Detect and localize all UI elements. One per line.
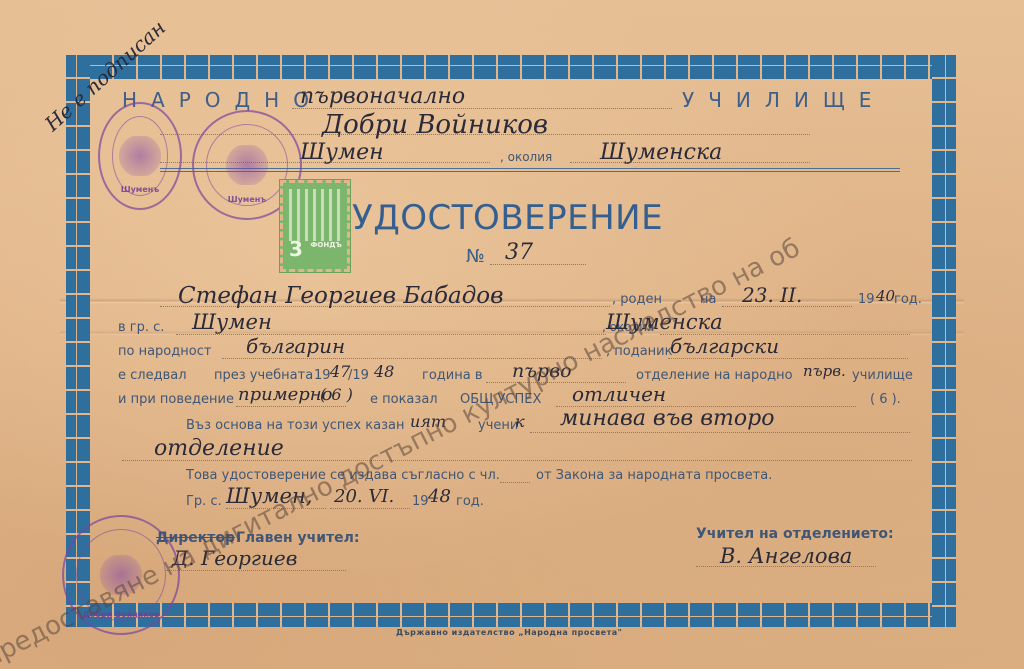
round-stamp: Шуменъ bbox=[98, 102, 182, 210]
year-in-label: година в bbox=[422, 368, 482, 383]
nationality: българин bbox=[246, 334, 345, 358]
during-label: през учебната bbox=[214, 368, 313, 383]
citizenship: български bbox=[670, 334, 779, 358]
birth-year-prefix: 19 bbox=[858, 292, 875, 307]
certificate-number: 37 bbox=[505, 240, 533, 265]
school-name-handwritten: Добри Войников bbox=[322, 110, 548, 140]
birth-city: Шумен bbox=[192, 310, 272, 334]
grade-label: отделение на народно bbox=[636, 368, 793, 383]
number-label: № bbox=[466, 246, 485, 267]
behavior-grade: ( 6 ) bbox=[320, 385, 353, 404]
place-label: Гр. с. bbox=[186, 494, 222, 509]
school-heading-word-2: УЧИЛИЩЕ bbox=[682, 88, 885, 112]
behavior: примерно bbox=[238, 384, 333, 405]
teacher-signature: В. Ангелова bbox=[720, 544, 852, 568]
ornamental-border-right bbox=[932, 55, 956, 627]
fill-line bbox=[668, 358, 908, 359]
law-text: от Закона за народната просвета. bbox=[536, 468, 772, 483]
shown-label: е показал bbox=[370, 392, 438, 407]
birth-year-suffix: 40 bbox=[876, 287, 895, 305]
school-type-abbrev: първ. bbox=[803, 362, 846, 380]
school-type-handwritten: първоначално bbox=[300, 84, 465, 109]
document-title: УДОСТОВЕРЕНИЕ bbox=[352, 198, 663, 238]
ornamental-border-top bbox=[66, 55, 956, 79]
issue-year-prefix: 19 bbox=[412, 494, 429, 509]
fill-line bbox=[530, 432, 910, 433]
fill-line bbox=[236, 406, 346, 407]
building-icon bbox=[289, 189, 341, 241]
promotion-text: минава във второ bbox=[560, 406, 774, 431]
publisher-imprint: Държавно издателство „Народна просвета" bbox=[396, 628, 622, 637]
nationality-label: по народност bbox=[118, 344, 211, 359]
city-label: в гр. с. bbox=[118, 320, 164, 335]
student-name: Стефан Георгиев Бабадов bbox=[178, 283, 504, 309]
revenue-stamp: 3 ФОНДЪ bbox=[280, 180, 350, 272]
school-year-end-suffix: 48 bbox=[374, 362, 394, 381]
overall-result: отличен bbox=[572, 382, 666, 406]
fill-line bbox=[500, 482, 530, 483]
school-year-separator: /19 bbox=[348, 368, 369, 383]
attended-label: е следвал bbox=[118, 368, 187, 383]
header-district-handwritten: Шуменска bbox=[600, 140, 722, 165]
fill-line bbox=[176, 334, 606, 335]
year-label: год. bbox=[894, 292, 922, 307]
teacher-label: Учител на отделението: bbox=[696, 526, 894, 542]
coat-of-arms-icon bbox=[118, 136, 162, 176]
basis-label: Въз основа на този успех казан bbox=[186, 418, 404, 433]
header-city-handwritten: Шумен bbox=[300, 140, 384, 165]
fill-line bbox=[330, 508, 410, 509]
header-district-label: , околия bbox=[500, 150, 552, 164]
overall-grade: ( 6 ). bbox=[870, 392, 901, 407]
school-label: училище bbox=[852, 368, 913, 383]
school-year-start-prefix: 19 bbox=[314, 368, 331, 383]
student-suffix-handwritten: к bbox=[515, 412, 525, 431]
issue-year-suffix: 48 bbox=[428, 486, 451, 507]
coat-of-arms-icon bbox=[225, 145, 269, 185]
ornamental-border-bottom bbox=[66, 603, 956, 627]
behavior-label: и при поведение bbox=[118, 392, 234, 407]
promotion-text-2: отделение bbox=[154, 436, 284, 461]
issue-year-label: год. bbox=[456, 494, 484, 509]
